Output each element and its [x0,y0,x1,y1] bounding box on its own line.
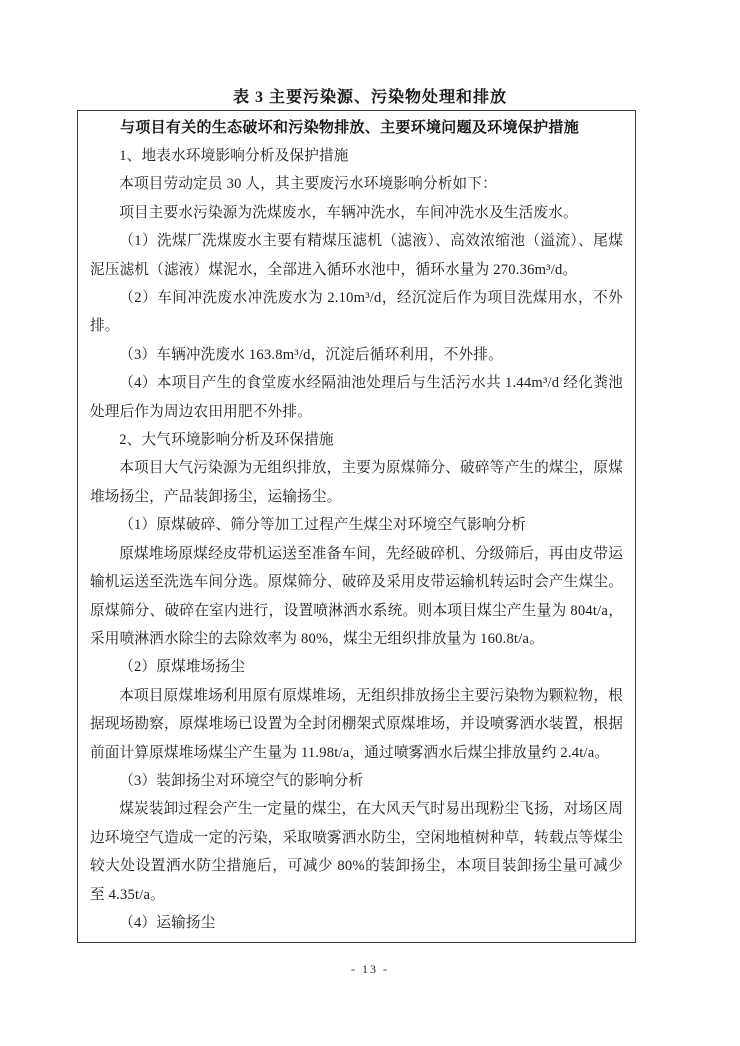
page-title: 表 3 主要污染源、污染物处理和排放 [0,84,740,107]
table-header: 与项目有关的生态破坏和污染物排放、主要环境问题及环境保护措施 [90,114,623,142]
paragraph-air-2-body: 本项目原煤堆场利用原有原煤堆场，无组织排放扬尘主要污染物为颗粒物，根据现场勘察，… [90,682,623,767]
paragraph-staff: 本项目劳动定员 30 人，其主要废污水环境影响分析如下： [90,170,623,198]
paragraph-air-3-body: 煤炭装卸过程会产生一定量的煤尘，在大风天气时易出现粉尘飞扬，对场区周边环境空气造… [90,795,623,909]
paragraph-air-overview: 本项目大气污染源为无组织排放，主要为原煤筛分、破碎等产生的煤尘，原煤堆场扬尘，产… [90,454,623,511]
pollution-table: 与项目有关的生态破坏和污染物排放、主要环境问题及环境保护措施 1、地表水环境影响… [77,110,636,943]
paragraph-water-1: （1）洗煤厂洗煤废水主要有精煤压滤机（滤液）、高效浓缩池（溢流）、尾煤泥压滤机（… [90,227,623,284]
paragraph-water-4: （4）本项目产生的食堂废水经隔油池处理后与生活污水共 1.44m³/d 经化粪池… [90,369,623,426]
paragraph-air-2-heading: （2）原煤堆场扬尘 [90,653,623,681]
paragraph-air-3-heading: （3）装卸扬尘对环境空气的影响分析 [90,767,623,795]
paragraph-air-4-heading: （4）运输扬尘 [90,909,623,937]
paragraph-water-3: （3）车辆冲洗废水 163.8m³/d，沉淀后循环利用，不外排。 [90,341,623,369]
section-2-heading: 2、大气环境影响分析及环保措施 [90,426,623,454]
section-1-heading: 1、地表水环境影响分析及保护措施 [90,142,623,170]
page-number: - 13 - [0,962,740,977]
paragraph-air-4-body: 项目区道路汽车运输扬尘量为 1.93t/a。本次环评要求建设单位对厂区道路进行硬 [90,937,623,943]
paragraph-air-1-heading: （1）原煤破碎、筛分等加工过程产生煤尘对环境空气影响分析 [90,511,623,539]
paragraph-water-2: （2）车间冲洗废水冲洗废水为 2.10m³/d，经沉淀后作为项目洗煤用水，不外排… [90,284,623,341]
paragraph-water-sources: 项目主要水污染源为洗煤废水，车辆冲洗水，车间冲洗水及生活废水。 [90,199,623,227]
paragraph-air-1-body: 原煤堆场原煤经皮带机运送至准备车间，先经破碎机、分级筛后，再由皮带运输机运送至洗… [90,540,623,654]
